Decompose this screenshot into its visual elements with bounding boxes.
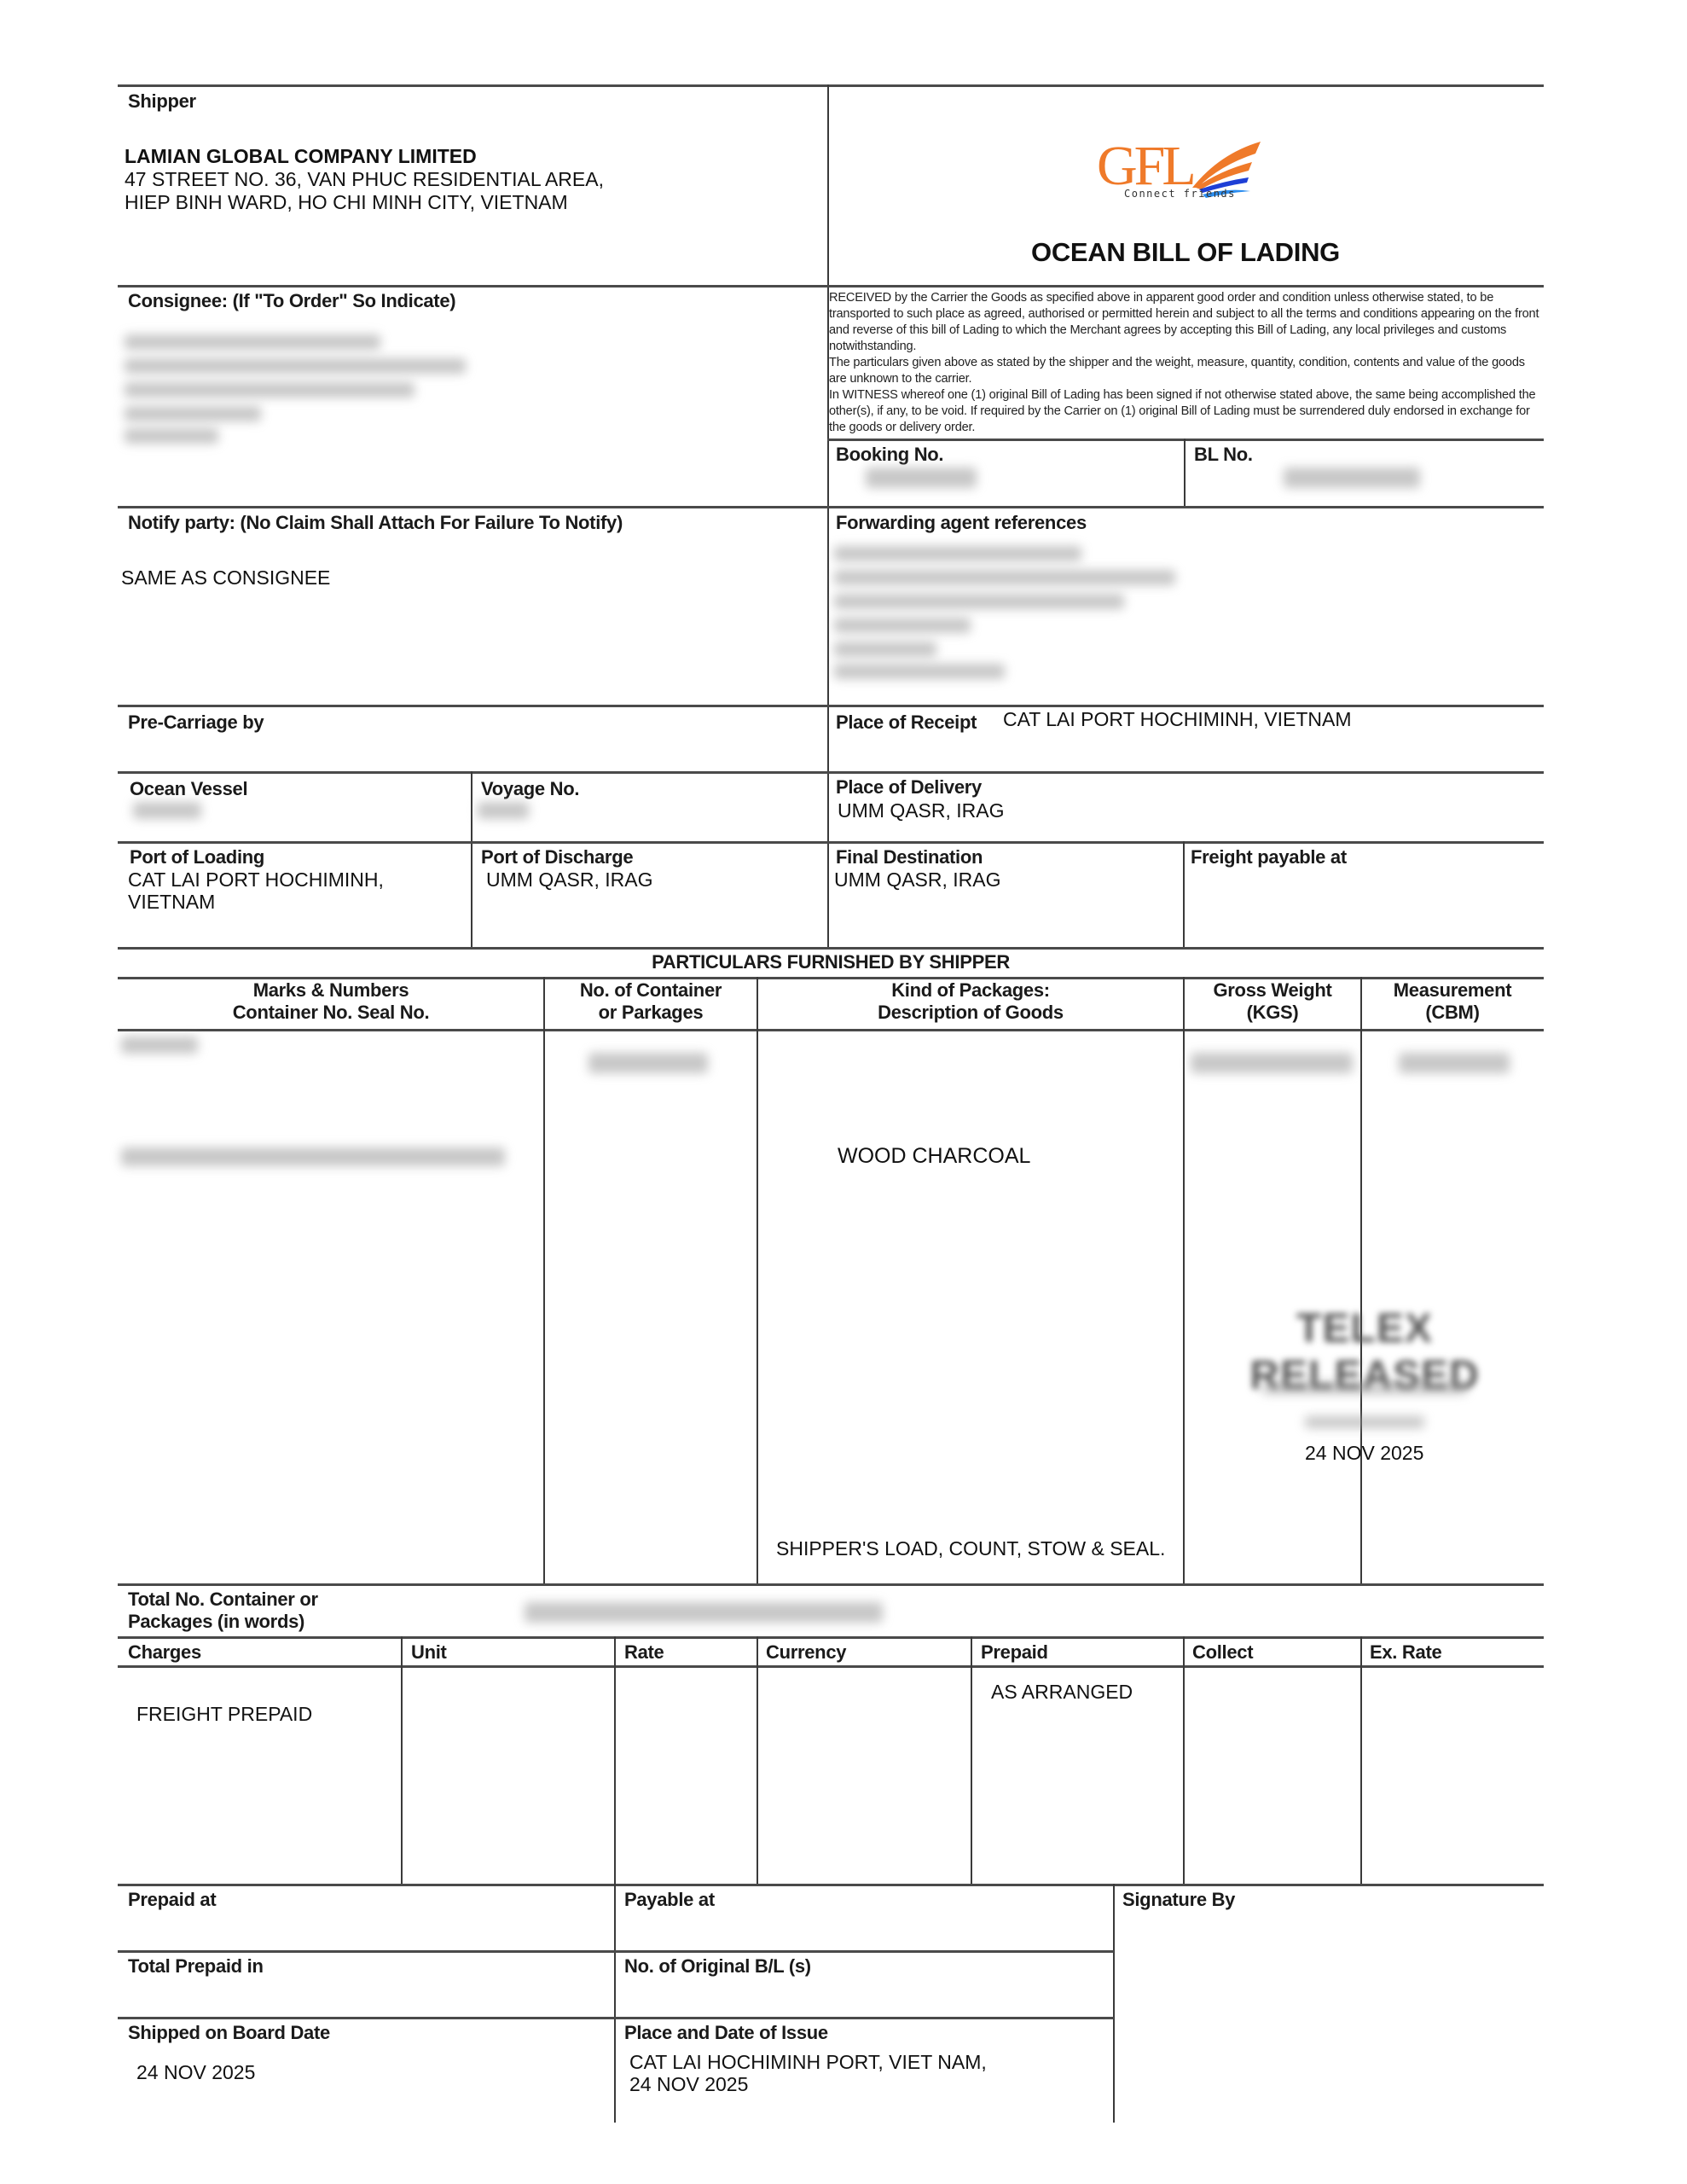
- seal-redacted: [121, 1147, 505, 1166]
- shipped-on-board-value: 24 NOV 2025: [136, 2061, 255, 2084]
- port-of-discharge-label: Port of Discharge: [481, 846, 633, 868]
- forwarding-redacted: [834, 570, 1175, 585]
- rule-freight-split: [1183, 841, 1185, 948]
- col-weight-line1: Gross Weight: [1184, 979, 1361, 1002]
- port-of-discharge-value: UMM QASR, IRAG: [486, 868, 653, 892]
- booking-number-redacted: [866, 468, 977, 488]
- rule-particulars-top: [118, 947, 1544, 950]
- bl-number-redacted: [1284, 468, 1420, 488]
- place-of-delivery-value: UMM QASR, IRAG: [838, 799, 1005, 822]
- rule-ch1: [401, 1636, 403, 1885]
- payable-at-label: Payable at: [624, 1889, 715, 1911]
- forwarding-label: Forwarding agent references: [836, 512, 1087, 534]
- col-measurement-line1: Measurement: [1361, 979, 1544, 1002]
- rule-vessel-split: [471, 771, 472, 948]
- notify-label: Notify party: (No Claim Shall Attach For…: [128, 512, 623, 534]
- rule-mid-upper: [827, 84, 829, 948]
- shipper-address-line1: 47 STREET NO. 36, VAN PHUC RESIDENTIAL A…: [125, 168, 604, 191]
- charges-freight: FREIGHT PREPAID: [136, 1703, 312, 1726]
- rule-ports: [118, 841, 1544, 844]
- place-date-issue-line1: CAT LAI HOCHIMINH PORT, VIET NAM,: [629, 2051, 987, 2074]
- document-title: OCEAN BILL OF LADING: [827, 237, 1544, 268]
- charges-header-prepaid: Prepaid: [981, 1641, 1048, 1664]
- forwarding-redacted: [834, 546, 1081, 561]
- voyage-redacted: [478, 802, 529, 819]
- ocean-vessel-label: Ocean Vessel: [130, 778, 247, 800]
- packages-redacted: [588, 1053, 708, 1073]
- stamp-subtext-redacted: [1305, 1416, 1424, 1428]
- consignee-label: Consignee: (If "To Order" So Indicate): [128, 290, 455, 312]
- rule-consignee: [118, 285, 1544, 288]
- rule-charges: [118, 1636, 1544, 1639]
- final-destination-value: UMM QASR, IRAG: [834, 868, 1001, 892]
- forwarding-redacted: [834, 594, 1124, 609]
- shipped-on-board-label: Shipped on Board Date: [128, 2022, 330, 2044]
- rule-ch6: [1360, 1636, 1362, 1885]
- place-date-issue-label: Place and Date of Issue: [624, 2022, 828, 2044]
- col-marks-line2: Container No. Seal No.: [118, 1002, 544, 1024]
- consignee-redacted: [125, 334, 380, 350]
- col-weight-line2: (KGS): [1184, 1002, 1361, 1024]
- total-packages-label-line2: Packages (in words): [128, 1611, 304, 1633]
- charges-header-unit: Unit: [411, 1641, 447, 1664]
- consignee-redacted: [125, 428, 218, 444]
- rule-footer-split1: [614, 1884, 616, 2123]
- col-containers-line2: or Parkages: [544, 1002, 757, 1024]
- rule-ch5: [1183, 1636, 1185, 1885]
- prepaid-at-label: Prepaid at: [128, 1889, 216, 1911]
- terms-text: RECEIVED by the Carrier the Goods as spe…: [829, 290, 1545, 436]
- rule-footer-2: [118, 1950, 1114, 1953]
- bl-label: BL No.: [1194, 444, 1253, 466]
- charges-header-currency: Currency: [766, 1641, 846, 1664]
- col-containers-line1: No. of Container: [544, 979, 757, 1002]
- col-measurement-line2: (CBM): [1361, 1002, 1544, 1024]
- port-of-loading-label: Port of Loading: [130, 846, 264, 868]
- measurement-redacted: [1399, 1053, 1510, 1073]
- total-prepaid-label: Total Prepaid in: [128, 1955, 264, 1978]
- rule-vessel: [118, 771, 1544, 774]
- voyage-label: Voyage No.: [481, 778, 579, 800]
- final-destination-label: Final Destination: [836, 846, 983, 868]
- pre-carriage-label: Pre-Carriage by: [128, 712, 264, 734]
- port-of-loading-value-line2: VIETNAM: [128, 891, 215, 914]
- rule-top: [118, 84, 1544, 87]
- rule-ch4: [971, 1636, 972, 1885]
- total-packages-redacted: [525, 1602, 883, 1623]
- rule-terms-bottom: [827, 439, 1544, 441]
- total-packages-label-line1: Total No. Container or: [128, 1589, 318, 1611]
- consignee-redacted: [125, 406, 261, 421]
- rule-col2: [757, 977, 758, 1584]
- forwarding-redacted: [834, 618, 971, 633]
- rule-ch3: [757, 1636, 758, 1885]
- shipper-label: Shipper: [128, 90, 196, 113]
- place-of-delivery-label: Place of Delivery: [836, 776, 982, 799]
- col-description-line1: Kind of Packages:: [757, 979, 1184, 1002]
- place-date-issue-line2: 24 NOV 2025: [629, 2073, 748, 2096]
- col-marks-line1: Marks & Numbers: [118, 979, 544, 1002]
- rule-booking-split: [1184, 439, 1186, 507]
- col-description-line2: Description of Goods: [757, 1002, 1184, 1024]
- particulars-heading: PARTICULARS FURNISHED BY SHIPPER: [118, 951, 1544, 973]
- weight-redacted: [1191, 1053, 1353, 1073]
- terms-paragraph: RECEIVED by the Carrier the Goods as spe…: [829, 290, 1545, 355]
- booking-label: Booking No.: [836, 444, 943, 466]
- marks-redacted: [121, 1037, 198, 1054]
- place-of-receipt-label: Place of Receipt: [836, 712, 977, 734]
- rule-notify: [118, 506, 1544, 508]
- charges-header-exrate: Ex. Rate: [1370, 1641, 1441, 1664]
- stamp-subtext-redacted: [1262, 1382, 1467, 1394]
- consignee-redacted: [125, 382, 415, 398]
- forwarding-redacted: [834, 642, 936, 657]
- shipper-name: LAMIAN GLOBAL COMPANY LIMITED: [125, 145, 477, 168]
- freight-payable-label: Freight payable at: [1191, 846, 1347, 868]
- goods-description: WOOD CHARCOAL: [838, 1145, 1030, 1168]
- rule-footer: [118, 1884, 1544, 1886]
- charges-header-collect: Collect: [1192, 1641, 1253, 1664]
- shipper-address-line2: HIEP BINH WARD, HO CHI MINH CITY, VIETNA…: [125, 191, 568, 214]
- stamp-date: 24 NOV 2025: [1305, 1442, 1423, 1465]
- logo-tagline: Connect friends: [1124, 188, 1236, 200]
- rule-footer-3: [118, 2017, 1114, 2019]
- rule-col4: [1360, 977, 1362, 1584]
- consignee-redacted: [125, 358, 466, 374]
- rule-footer-split2: [1113, 1884, 1115, 2123]
- notify-value: SAME AS CONSIGNEE: [121, 566, 330, 590]
- no-original-bl-label: No. of Original B/L (s): [624, 1955, 811, 1978]
- forwarding-redacted: [834, 664, 1005, 679]
- rule-total: [118, 1583, 1544, 1586]
- rule-col1: [543, 977, 545, 1584]
- rule-col3: [1183, 977, 1185, 1584]
- rule-charges-head: [118, 1665, 1544, 1668]
- charges-header-rate: Rate: [624, 1641, 664, 1664]
- terms-paragraph: In WITNESS whereof one (1) original Bill…: [829, 387, 1545, 436]
- ocean-vessel-redacted: [133, 802, 201, 819]
- place-of-receipt-value: CAT LAI PORT HOCHIMINH, VIETNAM: [1003, 708, 1352, 731]
- signature-by-label: Signature By: [1122, 1889, 1235, 1911]
- terms-paragraph: The particulars given above as stated by…: [829, 355, 1545, 387]
- charges-header-charges: Charges: [128, 1641, 201, 1664]
- rule-particulars-cols: [118, 1029, 1544, 1031]
- charges-prepaid-value: AS ARRANGED: [991, 1681, 1133, 1704]
- shipper-clause: SHIPPER'S LOAD, COUNT, STOW & SEAL.: [776, 1537, 1165, 1560]
- rule-ch2: [614, 1636, 616, 1885]
- port-of-loading-value-line1: CAT LAI PORT HOCHIMINH,: [128, 868, 384, 892]
- rule-precarriage: [118, 705, 1544, 707]
